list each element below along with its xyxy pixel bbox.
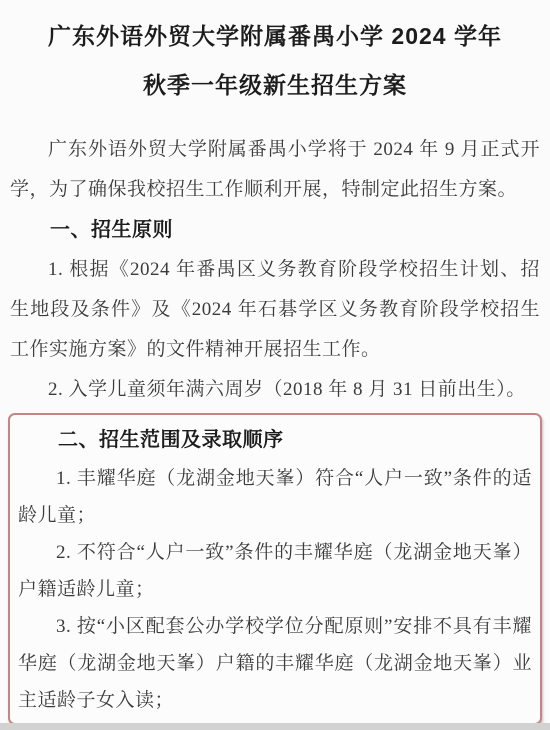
section1-item-2: 2. 入学儿童须年满六周岁（2018 年 8 月 31 日前出生）。 [10,370,540,410]
highlight-box: 二、招生范围及录取顺序 1. 丰耀华庭（龙湖金地天峯）符合“人户一致”条件的适龄… [8,413,542,725]
section2-heading: 二、招生范围及录取顺序 [18,420,532,460]
document-title: 广东外语外贸大学附属番禺小学 2024 学年 秋季一年级新生招生方案 [10,0,540,110]
document-title-line2: 秋季一年级新生招生方案 [10,61,540,110]
section2-item-2: 2. 不符合“人户一致”条件的丰耀华庭（龙湖金地天峯）户籍适龄儿童； [18,534,532,608]
document-page: 广东外语外贸大学附属番禺小学 2024 学年 秋季一年级新生招生方案 广东外语外… [0,0,550,730]
section1-heading: 一、招生原则 [10,210,540,250]
section2-item-1: 1. 丰耀华庭（龙湖金地天峯）符合“人户一致”条件的适龄儿童； [18,460,532,534]
intro-paragraph: 广东外语外贸大学附属番禺小学将于 2024 年 9 月正式开学，为了确保我校招生… [10,130,540,210]
document-title-line1: 广东外语外贸大学附属番禺小学 2024 学年 [10,12,540,61]
section2-item-3: 3. 按“小区配套公办学校学位分配原则”安排不具有丰耀华庭（龙湖金地天峯）户籍的… [18,608,532,719]
page-edge-strip [0,723,550,730]
section1-item-1: 1. 根据《2024 年番禺区义务教育阶段学校招生计划、招生地段及条件》及《20… [10,250,540,370]
